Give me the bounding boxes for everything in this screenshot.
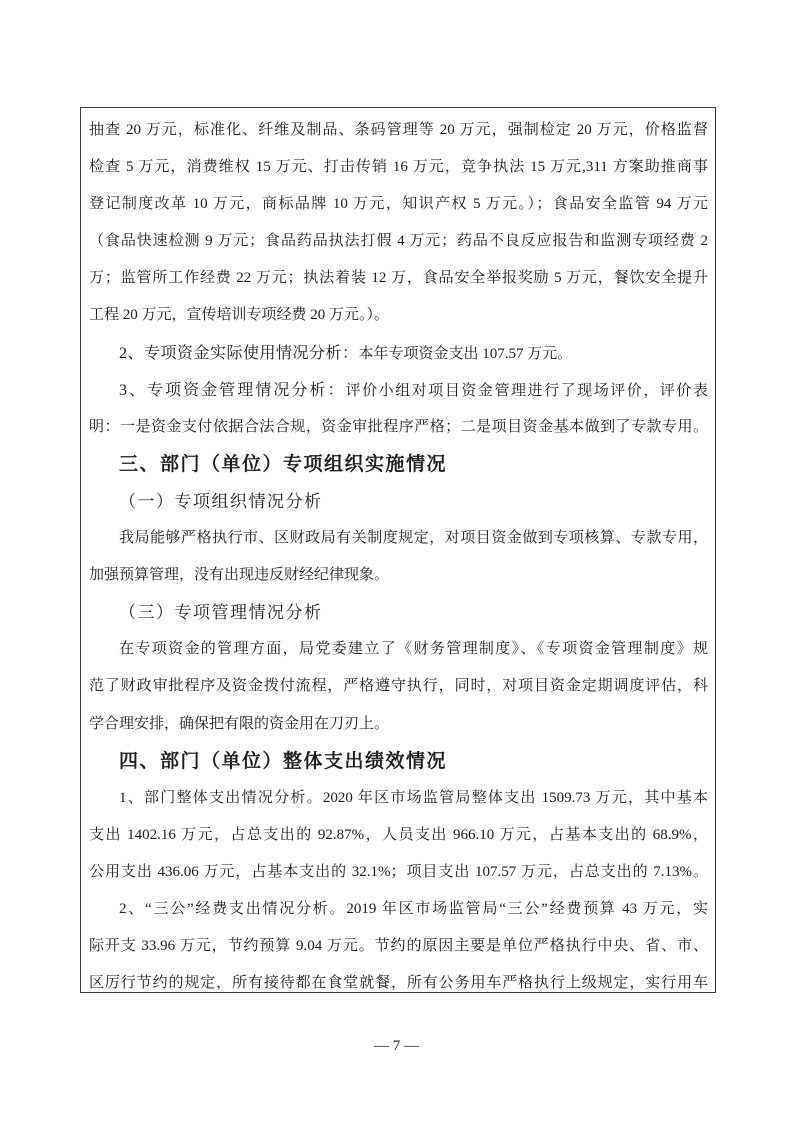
body-line: 范了财政审批程序及资金拨付流程，严格遵守执行，同时，对项目资金定期调度评估，科	[89, 668, 708, 705]
body-line: 公用支出 436.06 万元，占基本支出的 32.1%；项目支出 107.57 …	[89, 854, 708, 891]
line-text: 评价小组对项目资金管理进行了现场评价，评价表	[346, 383, 708, 399]
body-line: 登记制度改革 10 万元，商标品牌 10 万元，知识产权 5 万元。）；食品安全…	[89, 186, 708, 223]
body-line: 加强预算管理，没有出现违反财经纪律现象。	[89, 557, 708, 594]
document-page: 抽查 20 万元，标准化、纤维及制品、条码管理等 20 万元，强制检定 20 万…	[0, 0, 793, 1122]
section-heading: 三、部门（单位）专项组织实施情况	[89, 446, 708, 483]
body-line: 际开支 33.96 万元，节约预算 9.04 万元。节约的原因主要是单位严格执行…	[89, 928, 708, 965]
body-line: 2、“三公”经费支出情况分析。2019 年区市场监管局“三公”经费预算 43 万…	[89, 891, 708, 928]
page-number: — 7 —	[0, 1038, 793, 1055]
numbered-analysis-heading: 2、专项资金实际使用情况分析：	[119, 345, 359, 362]
body-line: 2、专项资金实际使用情况分析：本年专项资金支出 107.57 万元。	[89, 335, 708, 372]
body-line: 3、专项资金管理情况分析：评价小组对项目资金管理进行了现场评价，评价表	[89, 372, 708, 409]
body-line: 我局能够严格执行市、区财政局有关制度规定，对项目资金做到专项核算、专款专用，	[89, 520, 708, 557]
subsection-heading: （一）专项组织情况分析	[89, 483, 708, 520]
line-text: 本年专项资金支出 107.57 万元。	[359, 346, 573, 362]
document-border-box: 抽查 20 万元，标准化、纤维及制品、条码管理等 20 万元，强制检定 20 万…	[80, 107, 716, 993]
body-line: 工程 20 万元，宣传培训专项经费 20 万元。）。	[89, 297, 708, 334]
body-line: 检查 5 万元，消费维权 15 万元、打击传销 16 万元，竞争执法 15 万元…	[89, 149, 708, 186]
body-line: （食品快速检测 9 万元；食品药品执法打假 4 万元；药品不良反应报告和监测专项…	[89, 223, 708, 260]
body-line: 抽查 20 万元，标准化、纤维及制品、条码管理等 20 万元，强制检定 20 万…	[89, 112, 708, 149]
body-line: 在专项资金的管理方面，局党委建立了《财务管理制度》、《专项资金管理制度》规	[89, 631, 708, 668]
numbered-analysis-heading: 3、专项资金管理情况分析：	[119, 382, 346, 399]
body-line: 支出 1402.16 万元，占总支出的 92.87%，人员支出 966.10 万…	[89, 817, 708, 854]
body-line: 明：一是资金支付依据合法合规，资金审批程序严格；二是项目资金基本做到了专款专用。	[89, 409, 708, 446]
body-line: 万；监管所工作经费 22 万元；执法着装 12 万，食品安全举报奖励 5 万元，…	[89, 260, 708, 297]
body-line: 区厉行节约的规定，所有接待都在食堂就餐，所有公务用车严格执行上级规定，实行用车	[89, 965, 708, 1002]
section-heading: 四、部门（单位）整体支出绩效情况	[89, 743, 708, 780]
subsection-heading: （三）专项管理情况分析	[89, 594, 708, 631]
body-line: 1、部门整体支出情况分析。2020 年区市场监管局整体支出 1509.73 万元…	[89, 780, 708, 817]
body-line: 学合理安排，确保把有限的资金用在刀刃上。	[89, 706, 708, 743]
